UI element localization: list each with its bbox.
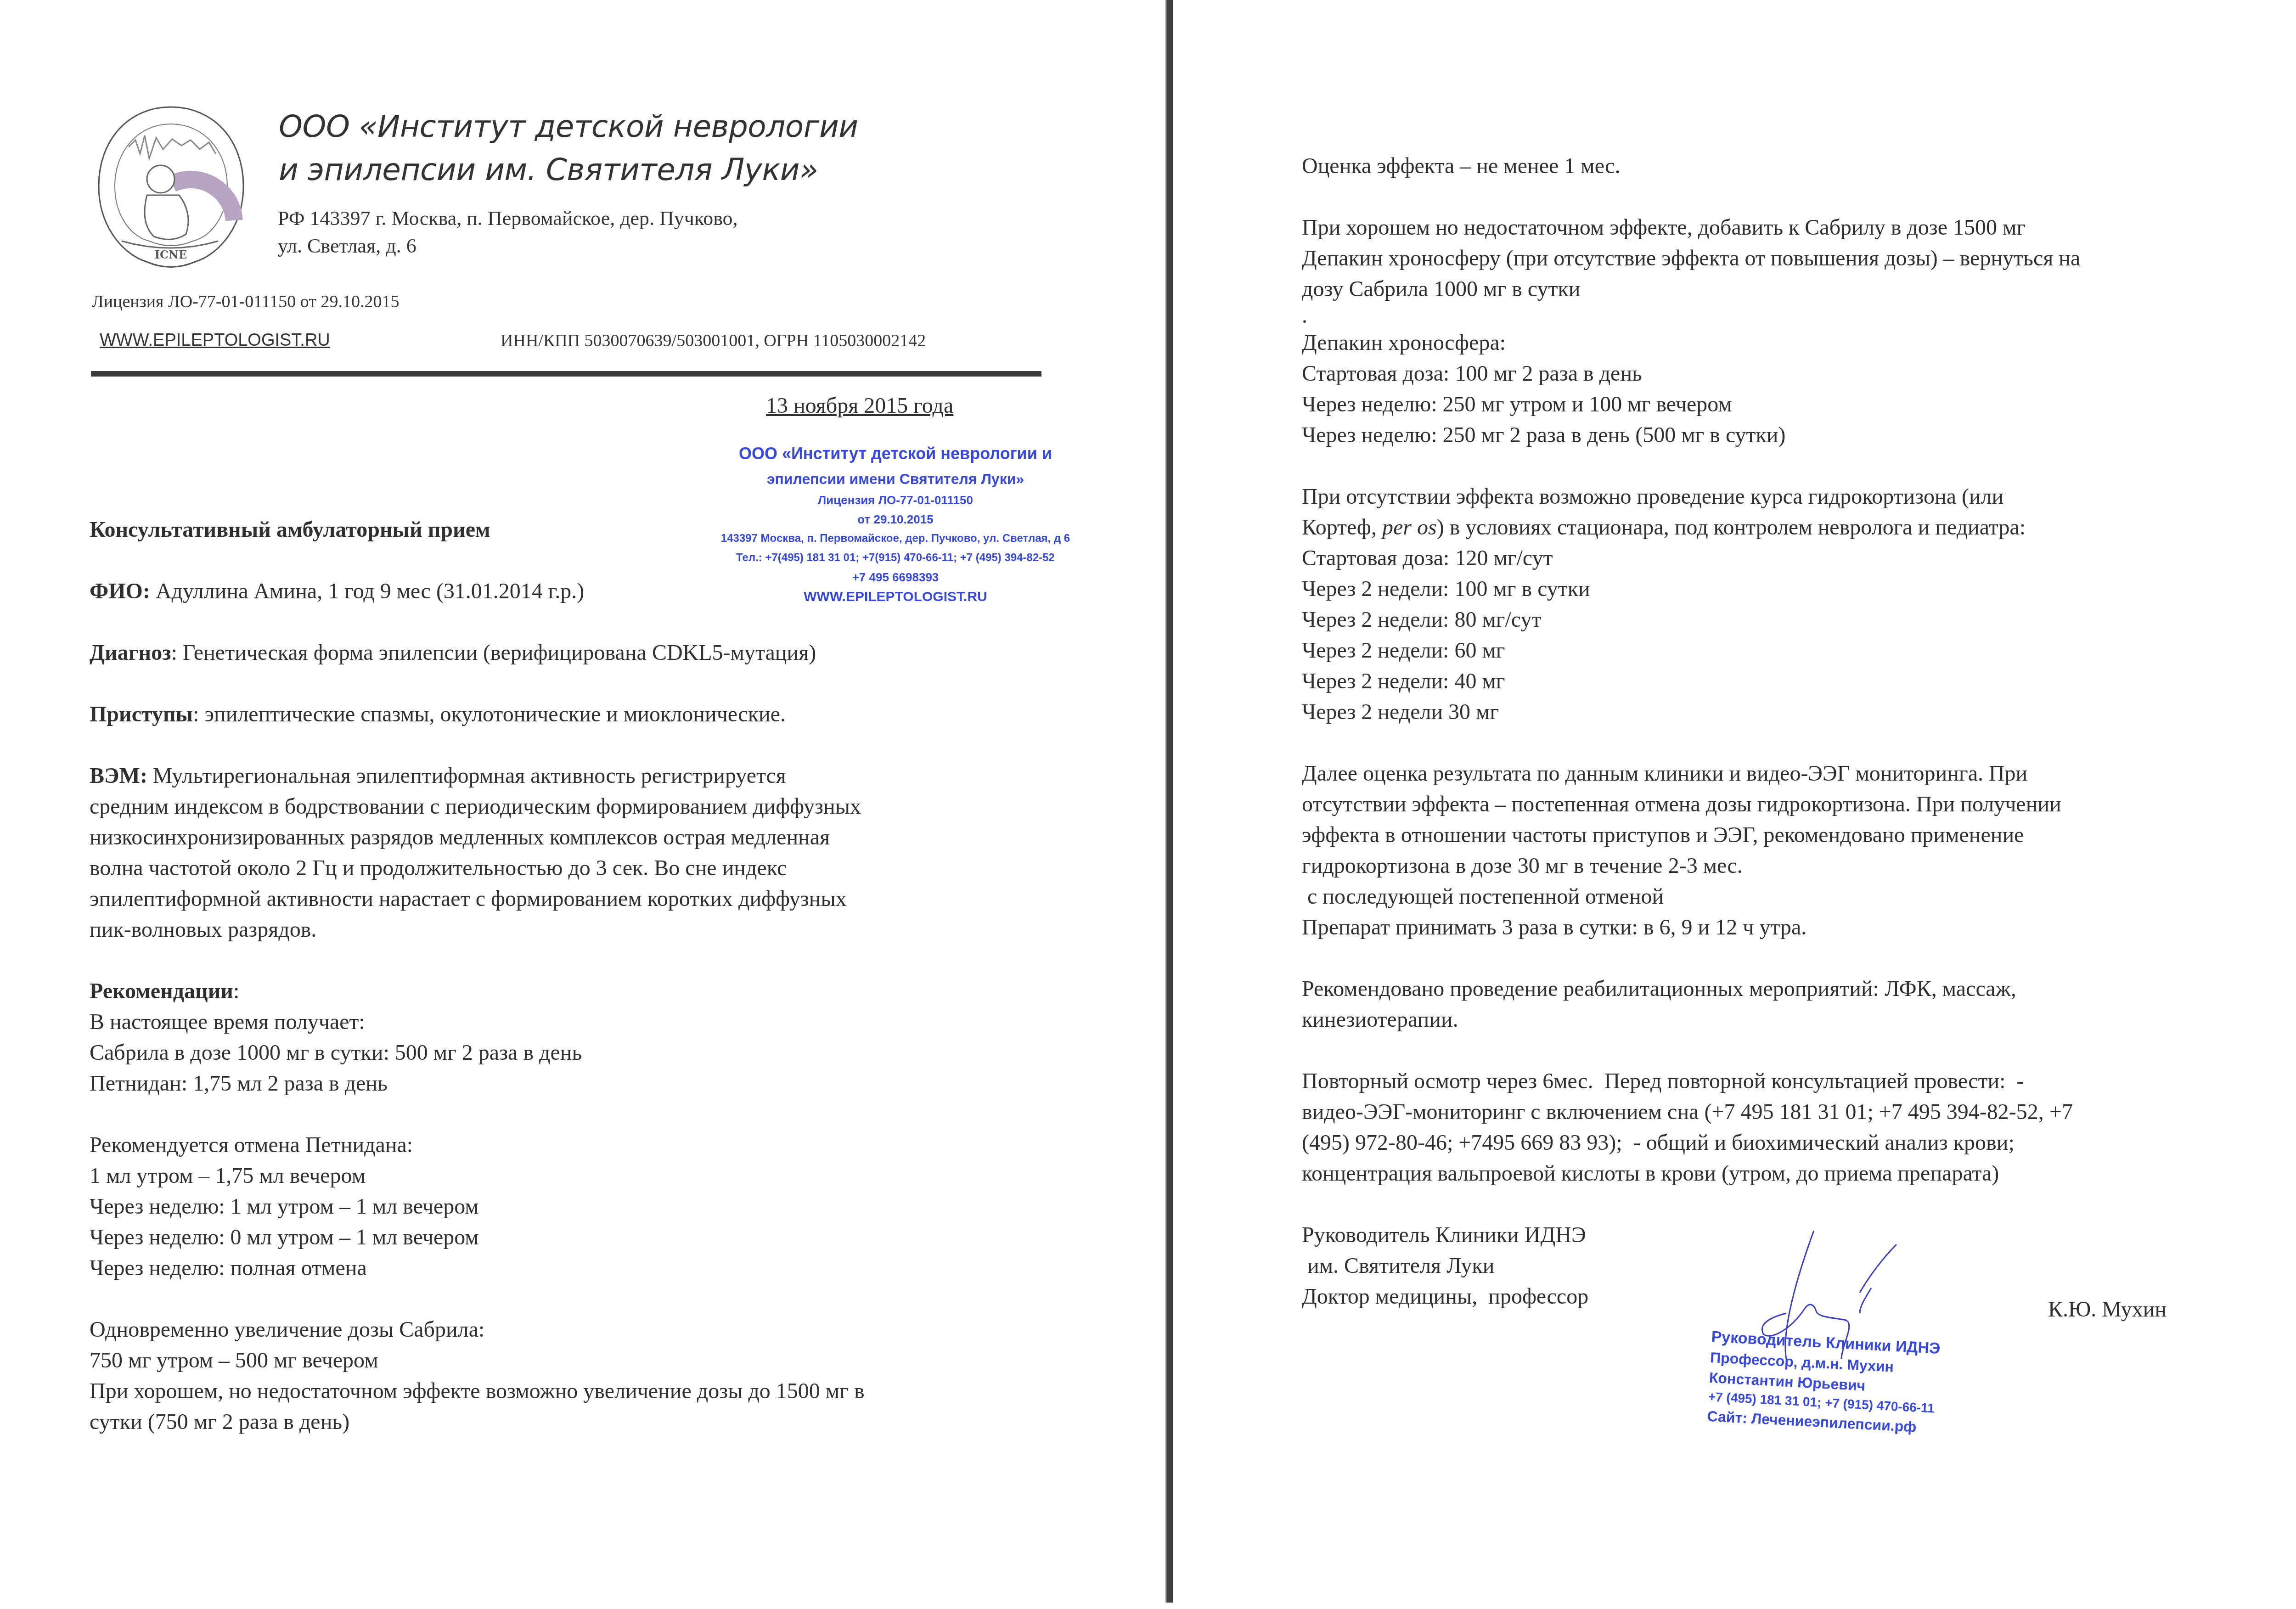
website-link[interactable]: WWW.EPILEPTOLOGIST.RU xyxy=(100,331,330,350)
depakine-add-item: Депакин хроносферу (при отсутствие эффек… xyxy=(1302,243,2080,274)
seizures-value: : эпилептические спазмы, окулотонические… xyxy=(193,702,786,726)
hydrocortisone-schedule-item: Стартовая доза: 120 мг/сут xyxy=(1302,543,2080,574)
sabril-increase-item: При хорошем, но недостаточном эффекте во… xyxy=(90,1376,865,1406)
followup-eval-item: с последующей постепенной отменой xyxy=(1302,881,2080,912)
diagnosis-value: : Генетическая форма эпилепсии (верифици… xyxy=(171,641,816,665)
depakine-schedule-item: Депакин хроносфера: xyxy=(1302,327,2080,358)
eeg-text: средним индексом в бодрствовании с перио… xyxy=(90,791,865,822)
svg-text:ICNE: ICNE xyxy=(155,248,187,261)
hydrocortisone-schedule-item: Через 2 недели: 40 мг xyxy=(1302,666,2080,697)
current-therapy-item: В настоящее время получает: xyxy=(90,1007,865,1037)
eeg-text: волна частотой около 2 Гц и продолжитель… xyxy=(90,853,865,883)
repeat-visit-item: концентрация вальпроевой кислоты в крови… xyxy=(1302,1158,2080,1189)
depakine-add-item: . xyxy=(1302,304,2080,327)
hydrocortisone-schedule-item: Через 2 недели: 60 мг xyxy=(1302,635,2080,666)
header-rule xyxy=(91,371,1041,377)
hydrocortisone-schedule-item: Через 2 недели 30 мг xyxy=(1302,697,2080,727)
sabril-increase-item: сутки (750 мг 2 раза в день) xyxy=(90,1406,865,1437)
recommendations-heading: Рекомендации: xyxy=(90,976,865,1007)
eeg-label: ВЭМ: xyxy=(90,764,147,788)
diagnosis-line: Диагноз: Генетическая форма эпилепсии (в… xyxy=(90,637,865,668)
depakine-schedule-item: Стартовая доза: 100 мг 2 раза в день xyxy=(1302,358,2080,389)
eeg-line: ВЭМ: Мультирегиональная эпилептиформная … xyxy=(90,760,865,791)
followup-eval-item: эффекта в отношении частоты приступов и … xyxy=(1302,820,2080,850)
consult-heading: Консультативный амбулаторный прием xyxy=(90,514,865,545)
hydrocortisone-intro: Кортеф, per os) в условиях стационара, п… xyxy=(1302,512,2080,543)
hydrocortisone-schedule-item: Через 2 недели: 80 мг/сут xyxy=(1302,604,2080,635)
depakine-schedule-item: Через неделю: 250 мг утром и 100 мг вече… xyxy=(1302,389,2080,420)
requisites-text: ИНН/КПП 5030070639/503001001, ОГРН 11050… xyxy=(501,331,926,351)
org-title-line1: ООО «Институт детской неврологии xyxy=(279,105,858,149)
clinic-stamp-line: Лицензия ЛО-77-01-011150 xyxy=(675,490,1116,510)
rehab-item: кинезиотерапии. xyxy=(1302,1004,2080,1035)
diagnosis-label: Диагноз xyxy=(90,641,171,665)
followup-eval-item: Далее оценка результата по данным клиник… xyxy=(1302,758,2080,789)
hydrocortisone-intro: При отсутствии эффекта возможно проведен… xyxy=(1302,481,2080,512)
org-title-line2: и эпилепсии им. Святителя Луки» xyxy=(279,148,818,192)
seizures-label: Приступы xyxy=(90,702,193,726)
sabril-increase-item: Одновременно увеличение дозы Сабрила: xyxy=(90,1314,865,1345)
depakine-add-item: При хорошем но недостаточном эффекте, до… xyxy=(1302,212,2080,243)
page-divider xyxy=(1165,0,1173,1603)
repeat-visit-item: (495) 972-80-46; +7495 669 83 93); - общ… xyxy=(1302,1127,2080,1158)
repeat-visit-item: видео-ЭЭГ-мониторинг с включением сна (+… xyxy=(1302,1097,2080,1127)
followup-eval-item: гидрокортизона в дозе 30 мг в течение 2-… xyxy=(1302,850,2080,881)
petnidan-withdrawal-item: Через неделю: 0 мл утром – 1 мл вечером xyxy=(90,1222,865,1253)
document-date: 13 ноября 2015 года xyxy=(766,390,953,421)
license-text: Лицензия ЛО-77-01-011150 от 29.10.2015 xyxy=(92,292,399,312)
petnidan-withdrawal-item: Через неделю: полная отмена xyxy=(90,1253,865,1283)
eeg-text: пик-волновых разрядов. xyxy=(90,914,865,945)
petnidan-withdrawal-item: 1 мл утром – 1,75 мл вечером xyxy=(90,1160,865,1191)
petnidan-withdrawal-item: Через неделю: 1 мл утром – 1 мл вечером xyxy=(90,1191,865,1222)
effect-eval: Оценка эффекта – не менее 1 мес. xyxy=(1302,151,2080,181)
sabril-increase-item: 750 мг утром – 500 мг вечером xyxy=(90,1345,865,1376)
signer-name: К.Ю. Мухин xyxy=(2048,1294,2167,1325)
eeg-text: Мультирегиональная эпилептиформная актив… xyxy=(147,764,786,788)
petnidan-withdrawal-item: Рекомендуется отмена Петнидана: xyxy=(90,1130,865,1160)
org-address-line1: РФ 143397 г. Москва, п. Первомайское, де… xyxy=(278,204,738,233)
institute-seal-icon: ICNE xyxy=(94,103,248,276)
depakine-schedule-item: Через неделю: 250 мг 2 раза в день (500 … xyxy=(1302,420,2080,450)
org-address-line2: ул. Светлая, д. 6 xyxy=(278,232,416,260)
per-os-italic: per os xyxy=(1382,515,1437,540)
clinic-stamp-line: эпилепсии имени Святителя Луки» xyxy=(675,467,1116,490)
seizures-line: Приступы: эпилептические спазмы, окулото… xyxy=(90,699,865,730)
eeg-text: эпилептиформной активности нарастает с ф… xyxy=(90,883,865,914)
hydrocortisone-schedule-item: Через 2 недели: 100 мг в сутки xyxy=(1302,574,2080,604)
patient-label: ФИО: xyxy=(90,579,150,603)
followup-eval-item: Препарат принимать 3 раза в сутки: в 6, … xyxy=(1302,912,2080,943)
eeg-text: низкосинхронизированных разрядов медленн… xyxy=(90,822,865,853)
followup-eval-item: отсутствии эффекта – постепенная отмена … xyxy=(1302,789,2080,820)
right-body: Оценка эффекта – не менее 1 мес. При хор… xyxy=(1302,151,2080,1312)
repeat-visit-item: Повторный осмотр через 6мес. Перед повто… xyxy=(1302,1066,2080,1097)
left-body: Консультативный амбулаторный прием ФИО: … xyxy=(90,514,865,1437)
patient-value: Адуллина Амина, 1 год 9 мес (31.01.2014 … xyxy=(150,579,584,603)
doctor-stamp: Руководитель Клиники ИДНЭ Профессор, д.м… xyxy=(1707,1326,1941,1438)
patient-line: ФИО: Адуллина Амина, 1 год 9 мес (31.01.… xyxy=(90,576,865,607)
current-therapy-item: Сабрила в дозе 1000 мг в сутки: 500 мг 2… xyxy=(90,1037,865,1068)
depakine-add-item: дозу Сабрила 1000 мг в сутки xyxy=(1302,274,2080,304)
current-therapy-item: Петнидан: 1,75 мл 2 раза в день xyxy=(90,1068,865,1099)
clinic-stamp-line: ООО «Институт детской неврологии и xyxy=(675,440,1116,467)
rehab-item: Рекомендовано проведение реабилитационны… xyxy=(1302,973,2080,1004)
